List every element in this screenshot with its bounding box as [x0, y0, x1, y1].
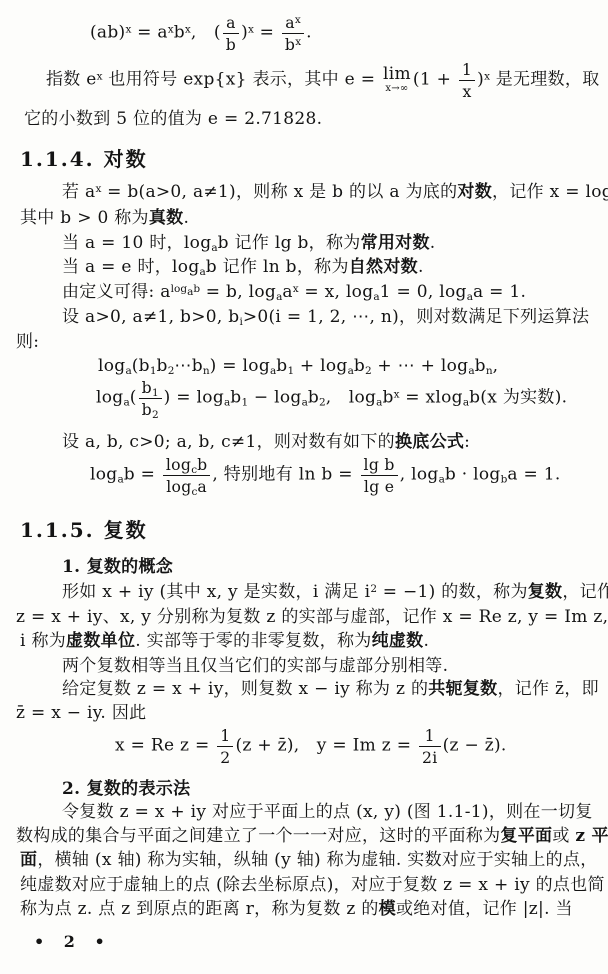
complex-concept-line2: z = x + iy、x, y 分别称为复数 z 的实部与虚部，记作 x = R… — [16, 606, 608, 628]
log-definition-line2: 其中 b > 0 称为真数. — [20, 207, 189, 229]
complex-concept-line3: i 称为虚数单位. 实部等于零的非零复数，称为纯虚数. — [20, 630, 429, 652]
conjugate-line1: 给定复数 z = x + iy，则复数 x − iy 称为 z 的共轭复数，记作… — [62, 678, 599, 700]
log-rules-intro-line2: 则: — [16, 331, 39, 353]
scanned-textbook-page: (ab)x = axbx, (ab)x = axbx. 指数 ex 也用符号 e… — [0, 0, 608, 974]
log-rules-intro-line1: 设 a>0, a≠1, b>0, bi>0(i = 1, 2, ⋯, n)，则对… — [62, 306, 589, 328]
complex-equality-line: 两个复数相等当且仅当它们的实部与虚部分别相等. — [62, 655, 448, 677]
paragraph-exponential-line1: 指数 ex 也用符号 exp{x} 表示，其中 e = limx→∞(1 + 1… — [46, 60, 600, 100]
log-definition-line1: 若 ax = b(a>0, a≠1)，则称 x 是 b 的以 a 为底的对数，记… — [62, 181, 608, 203]
complex-plane-line2: 数构成的集合与平面之间建立了一个一一对应，这时的平面称为复平面或 z 平 — [16, 825, 608, 847]
complex-plane-line3: 面，横轴 (x 轴) 称为实轴，纵轴 (y 轴) 称为虚轴. 实数对应于实轴上的… — [20, 849, 598, 871]
complex-plane-line1: 令复数 z = x + iy 对应于平面上的点 (x, y) (图 1.1-1)… — [62, 801, 593, 823]
subheading-complex-representation: 2. 复数的表示法 — [62, 778, 190, 800]
formula-log-product: loga(b1b2⋯bn) = logab1 + logab2 + ⋯ + lo… — [98, 355, 498, 377]
change-of-base-intro: 设 a, b, c>0; a, b, c≠1，则对数有如下的换底公式: — [62, 431, 470, 453]
paragraph-exponential-line2: 它的小数到 5 位的值为 e = 2.71828. — [24, 108, 322, 130]
section-heading-complex: 1.1.5. 复数 — [20, 514, 148, 543]
formula-log-quotient-power: loga(b1b2) = logab1 − logab2, logabx = x… — [96, 378, 567, 418]
formula-re-im: x = Re z = 12(z + z̄), y = Im z = 12i(z … — [115, 726, 507, 766]
complex-concept-line1: 形如 x + iy (其中 x, y 是实数，i 满足 i2 = −1) 的数，… — [62, 581, 608, 603]
natural-log-line: 当 a = e 时，logab 记作 ln b，称为自然对数. — [62, 256, 424, 278]
conjugate-line2: z̄ = x − iy. 因此 — [16, 702, 146, 724]
complex-plane-line5: 称为点 z. 点 z 到原点的距离 r，称为复数 z 的模或绝对值，记作 |z|… — [20, 898, 573, 920]
complex-plane-line4: 纯虚数对应于虚轴上的点 (除去坐标原点)，对应于复数 z = x + iy 的点… — [20, 874, 605, 896]
formula-power-rules: (ab)x = axbx, (ab)x = axbx. — [90, 13, 312, 53]
log-identities-line: 由定义可得: alogab = b, logaax = x, loga1 = 0… — [62, 281, 526, 303]
common-log-line: 当 a = 10 时，logab 记作 lg b，称为常用对数. — [62, 232, 435, 254]
section-heading-logarithm: 1.1.4. 对数 — [20, 143, 148, 172]
subheading-complex-concept: 1. 复数的概念 — [62, 556, 173, 578]
page-number: • 2 • — [34, 932, 112, 951]
formula-change-of-base: logab = logcblogca, 特别地有 ln b = lg blg e… — [90, 455, 561, 495]
